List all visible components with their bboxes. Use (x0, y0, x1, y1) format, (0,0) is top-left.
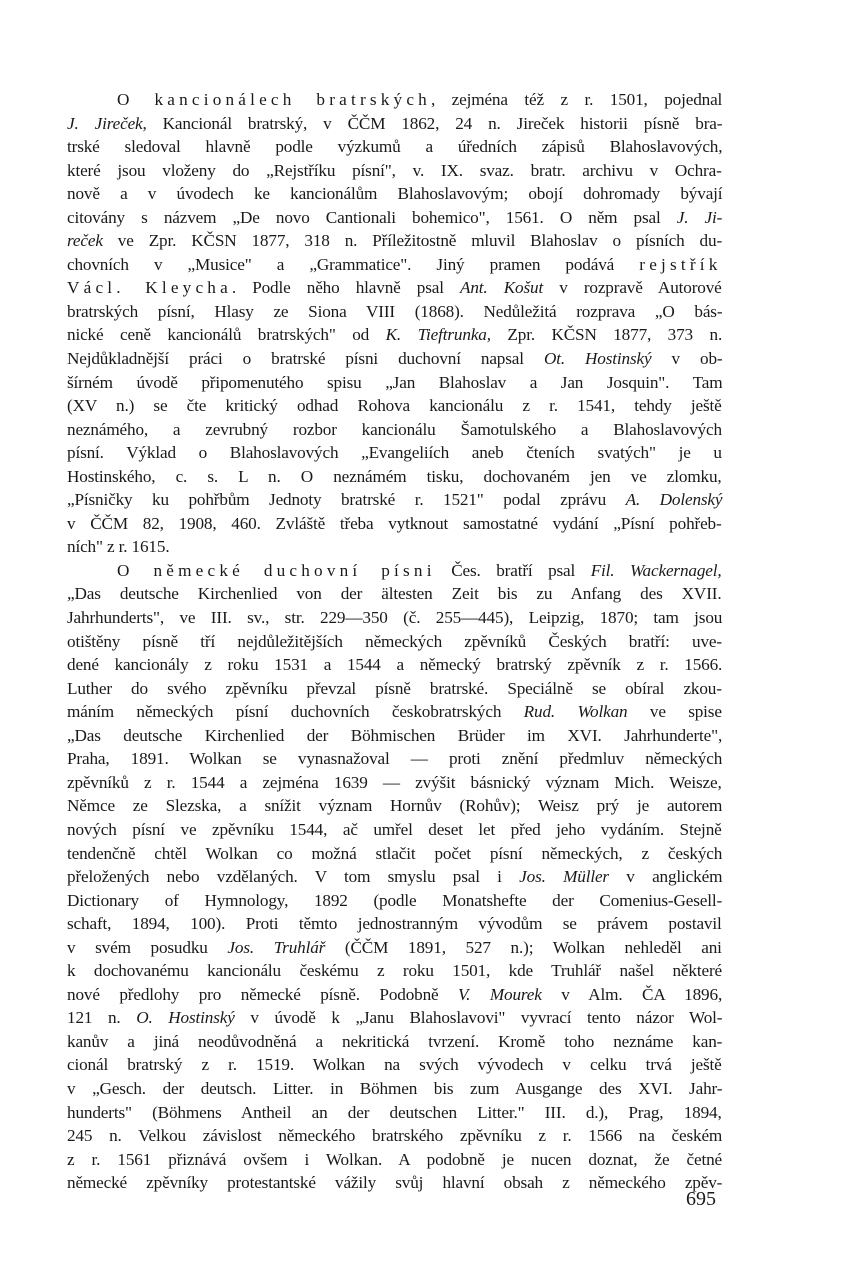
text-line: „Písničky ku pohřbům Jednoty bratrské r.… (67, 488, 722, 512)
text-run: kanův a jiná neodůvodněná a nekritická t… (67, 1032, 722, 1051)
text-run: (XV n.) se čte kritický odhad Rohova kan… (67, 396, 722, 415)
italic-name: J. Jireček (67, 114, 143, 133)
text-line: Hostinského, c. s. L n. O neznámém tisku… (67, 465, 722, 489)
text-line: dené kancionály z roku 1531 a 1544 a něm… (67, 653, 722, 677)
text-run: „Das deutsche Kirchenlied der Böhmischen… (67, 726, 722, 745)
text-line: citovány s názvem „De novo Cantionali bo… (67, 206, 722, 230)
italic-name: K. Tieftrunka, (386, 325, 491, 344)
text-run: Čes. bratří psal (436, 561, 591, 580)
text-run: v ob- (651, 349, 722, 368)
text-run: 121 n. (67, 1008, 136, 1027)
text-run: „Písničky ku pohřbům Jednoty bratrské r.… (67, 490, 626, 509)
text-run: , zejména též z r. 1501, pojednal (431, 90, 722, 109)
italic-name: Jos. Müller (519, 867, 609, 886)
text-run: ve spise (627, 702, 721, 721)
italic-name: Ant. Košut (460, 278, 543, 297)
text-line: cionál bratrský z r. 1519. Wolkan na svý… (67, 1053, 722, 1077)
text-run: k dochovanému kancionálu českému z roku … (67, 961, 722, 980)
book-page: O kancionálech bratrských, zejména též z… (0, 0, 856, 1270)
text-line: „Das deutsche Kirchenlied von der ältest… (67, 582, 722, 606)
text-run: Praha, 1891. Wolkan se vynasnažoval — pr… (67, 749, 722, 768)
text-run: Jahrhunderts", ve III. sv., str. 229—350… (67, 608, 722, 627)
text-run: nově a v úvodech ke kancionálům Blahosla… (67, 184, 722, 203)
text-run: (ČČM 1891, 527 n.); Wolkan nehleděl ani (325, 938, 722, 957)
text-line: které jsou vloženy do „Rejstříku písní",… (67, 159, 722, 183)
text-line: nově a v úvodech ke kancionálům Blahosla… (67, 182, 722, 206)
text-run: Nejdůkladnější práci o bratrské písni du… (67, 349, 544, 368)
text-run: neznámého, a zevrubný rozbor kancionálu … (67, 420, 722, 439)
text-line: nové předlohy pro německé písně. Podobně… (67, 983, 722, 1007)
italic-name: V. Mourek (458, 985, 542, 1004)
text-line: Praha, 1891. Wolkan se vynasnažoval — pr… (67, 747, 722, 771)
text-run: cionál bratrský z r. 1519. Wolkan na svý… (67, 1055, 722, 1074)
text-run: ních" z r. 1615. (67, 537, 169, 556)
text-line: 121 n. O. Hostinský v úvodě k „Janu Blah… (67, 1006, 722, 1030)
text-line: Jahrhunderts", ve III. sv., str. 229—350… (67, 606, 722, 630)
italic-name: O. Hostinský (136, 1008, 235, 1027)
text-run: citovány s názvem „De novo Cantionali bo… (67, 208, 677, 227)
text-line: otištěny písně tří nejdůležitějších něme… (67, 630, 722, 654)
text-line: reček ve Zpr. KČSN 1877, 318 n. Příležit… (67, 229, 722, 253)
italic-name: J. Ji- (677, 208, 722, 227)
text-line: bratrských písní, Hlasy ze Siona VIII (1… (67, 300, 722, 324)
text-line: máním německých písní duchovních českobr… (67, 700, 722, 724)
spaced-emphasis: O kancionálech bratrských (117, 90, 431, 109)
text-run: trské sledoval hlavně podle výzkumů a úř… (67, 137, 722, 156)
text-line: v „Gesch. der deutsch. Litter. in Böhmen… (67, 1077, 722, 1101)
italic-name: reček (67, 231, 103, 250)
text-line: nické ceně kancionálů bratrských" od K. … (67, 323, 722, 347)
italic-name: A. Dolenský (626, 490, 723, 509)
text-line: Luther do svého zpěvníku převzal písně b… (67, 677, 722, 701)
italic-name: Jos. Truhlář (227, 938, 325, 957)
text-run: 245 n. Velkou závislost německého bratrs… (67, 1126, 722, 1145)
text-line: Václ. Kleycha. Podle něho hlavně psal An… (67, 276, 722, 300)
text-run: nické ceně kancionálů bratrských" od (67, 325, 386, 344)
text-run: Němce ze Slezska, a snížit význam Hornův… (67, 796, 722, 815)
text-line: zpěvníků z r. 1544 a zejména 1639 — zvýš… (67, 771, 722, 795)
paragraph: O německé duchovní písni Čes. bratří psa… (67, 559, 722, 1195)
text-run: které jsou vloženy do „Rejstříku písní",… (67, 161, 722, 180)
text-run: zpěvníků z r. 1544 a zejména 1639 — zvýš… (67, 773, 722, 792)
text-run: otištěny písně tří nejdůležitějších něme… (67, 632, 722, 651)
italic-name: Rud. Wolkan (524, 702, 628, 721)
text-line: přeložených nebo vzdělaných. V tom smysl… (67, 865, 722, 889)
text-line: Dictionary of Hymnology, 1892 (podle Mon… (67, 889, 722, 913)
text-line: schaft, 1894, 100). Proti těmto jednostr… (67, 912, 722, 936)
text-run: přeložených nebo vzdělaných. V tom smysl… (67, 867, 519, 886)
spaced-emphasis: O německé duchovní písni (117, 561, 436, 580)
text-line: neznámého, a zevrubný rozbor kancionálu … (67, 418, 722, 442)
text-run: v Alm. ČA 1896, (542, 985, 722, 1004)
text-line: Němce ze Slezska, a snížit význam Hornův… (67, 794, 722, 818)
text-run: v svém posudku (67, 938, 227, 957)
text-line: německé zpěvníky protestantské vážily sv… (67, 1171, 722, 1195)
spaced-emphasis: rejstřík (639, 255, 721, 274)
text-line: šírném úvodě připomenutého spisu „Jan Bl… (67, 371, 722, 395)
paragraph: O kancionálech bratrských, zejména též z… (67, 88, 722, 559)
text-run: , Kancionál bratrský, v ČČM 1862, 24 n. … (143, 114, 723, 133)
text-run: tendenčně chtěl Wolkan co možná stlačit … (67, 844, 722, 863)
italic-name: Fil. Wackernagel, (591, 561, 722, 580)
text-run: německé zpěvníky protestantské vážily sv… (67, 1173, 722, 1192)
text-run: Luther do svého zpěvníku převzal písně b… (67, 679, 722, 698)
text-line: tendenčně chtěl Wolkan co možná stlačit … (67, 842, 722, 866)
text-run: Dictionary of Hymnology, 1892 (podle Mon… (67, 891, 722, 910)
text-line: kanův a jiná neodůvodněná a nekritická t… (67, 1030, 722, 1054)
text-run: v rozpravě Autorové (543, 278, 722, 297)
text-run: bratrských písní, Hlasy ze Siona VIII (1… (67, 302, 722, 321)
text-line: v svém posudku Jos. Truhlář (ČČM 1891, 5… (67, 936, 722, 960)
text-line: k dochovanému kancionálu českému z roku … (67, 959, 722, 983)
text-run: v „Gesch. der deutsch. Litter. in Böhmen… (67, 1079, 722, 1098)
text-run: dené kancionály z roku 1531 a 1544 a něm… (67, 655, 722, 674)
text-line: v ČČM 82, 1908, 460. Zvláště třeba vytkn… (67, 512, 722, 536)
text-line: nových písní ve zpěvníku 1544, ač umřel … (67, 818, 722, 842)
text-run: . Podle něho hlavně psal (232, 278, 460, 297)
text-run: schaft, 1894, 100). Proti těmto jednostr… (67, 914, 722, 933)
text-run: chovních v „Musice" a „Grammatice". Jiný… (67, 255, 639, 274)
text-run: v ČČM 82, 1908, 460. Zvláště třeba vytkn… (67, 514, 722, 533)
page-number: 695 (686, 1188, 716, 1211)
text-line: ních" z r. 1615. (67, 535, 722, 559)
spaced-emphasis: Václ. Kleycha (67, 278, 232, 297)
text-line: 245 n. Velkou závislost německého bratrs… (67, 1124, 722, 1148)
text-run: z r. 1561 přiznává ovšem i Wolkan. A pod… (67, 1150, 722, 1169)
text-run: „Das deutsche Kirchenlied von der ältest… (67, 584, 722, 603)
text-line: hunderts" (Böhmens Antheil an der deutsc… (67, 1101, 722, 1125)
text-line: O kancionálech bratrských, zejména též z… (67, 88, 722, 112)
text-run: nových písní ve zpěvníku 1544, ač umřel … (67, 820, 722, 839)
text-run: šírném úvodě připomenutého spisu „Jan Bl… (67, 373, 722, 392)
text-run: v úvodě k „Janu Blahoslavovi" vyvrací te… (235, 1008, 723, 1027)
text-run: nové předlohy pro německé písně. Podobně (67, 985, 458, 1004)
italic-name: Ot. Hostinský (544, 349, 652, 368)
body-text: O kancionálech bratrských, zejména též z… (67, 88, 722, 1195)
text-line: (XV n.) se čte kritický odhad Rohova kan… (67, 394, 722, 418)
text-run: máním německých písní duchovních českobr… (67, 702, 524, 721)
text-run: písní. Výklad o Blahoslavových „Evangeli… (67, 443, 722, 462)
text-run: v anglickém (609, 867, 722, 886)
text-line: Nejdůkladnější práci o bratrské písni du… (67, 347, 722, 371)
text-run: Hostinského, c. s. L n. O neznámém tisku… (67, 467, 722, 486)
text-run: ve Zpr. KČSN 1877, 318 n. Příležitostně … (103, 231, 722, 250)
text-line: písní. Výklad o Blahoslavových „Evangeli… (67, 441, 722, 465)
text-line: O německé duchovní písni Čes. bratří psa… (67, 559, 722, 583)
text-line: trské sledoval hlavně podle výzkumů a úř… (67, 135, 722, 159)
text-line: chovních v „Musice" a „Grammatice". Jiný… (67, 253, 722, 277)
text-line: „Das deutsche Kirchenlied der Böhmischen… (67, 724, 722, 748)
text-line: z r. 1561 přiznává ovšem i Wolkan. A pod… (67, 1148, 722, 1172)
text-line: J. Jireček, Kancionál bratrský, v ČČM 18… (67, 112, 722, 136)
text-run: hunderts" (Böhmens Antheil an der deutsc… (67, 1103, 722, 1122)
text-run: Zpr. KČSN 1877, 373 n. (491, 325, 722, 344)
